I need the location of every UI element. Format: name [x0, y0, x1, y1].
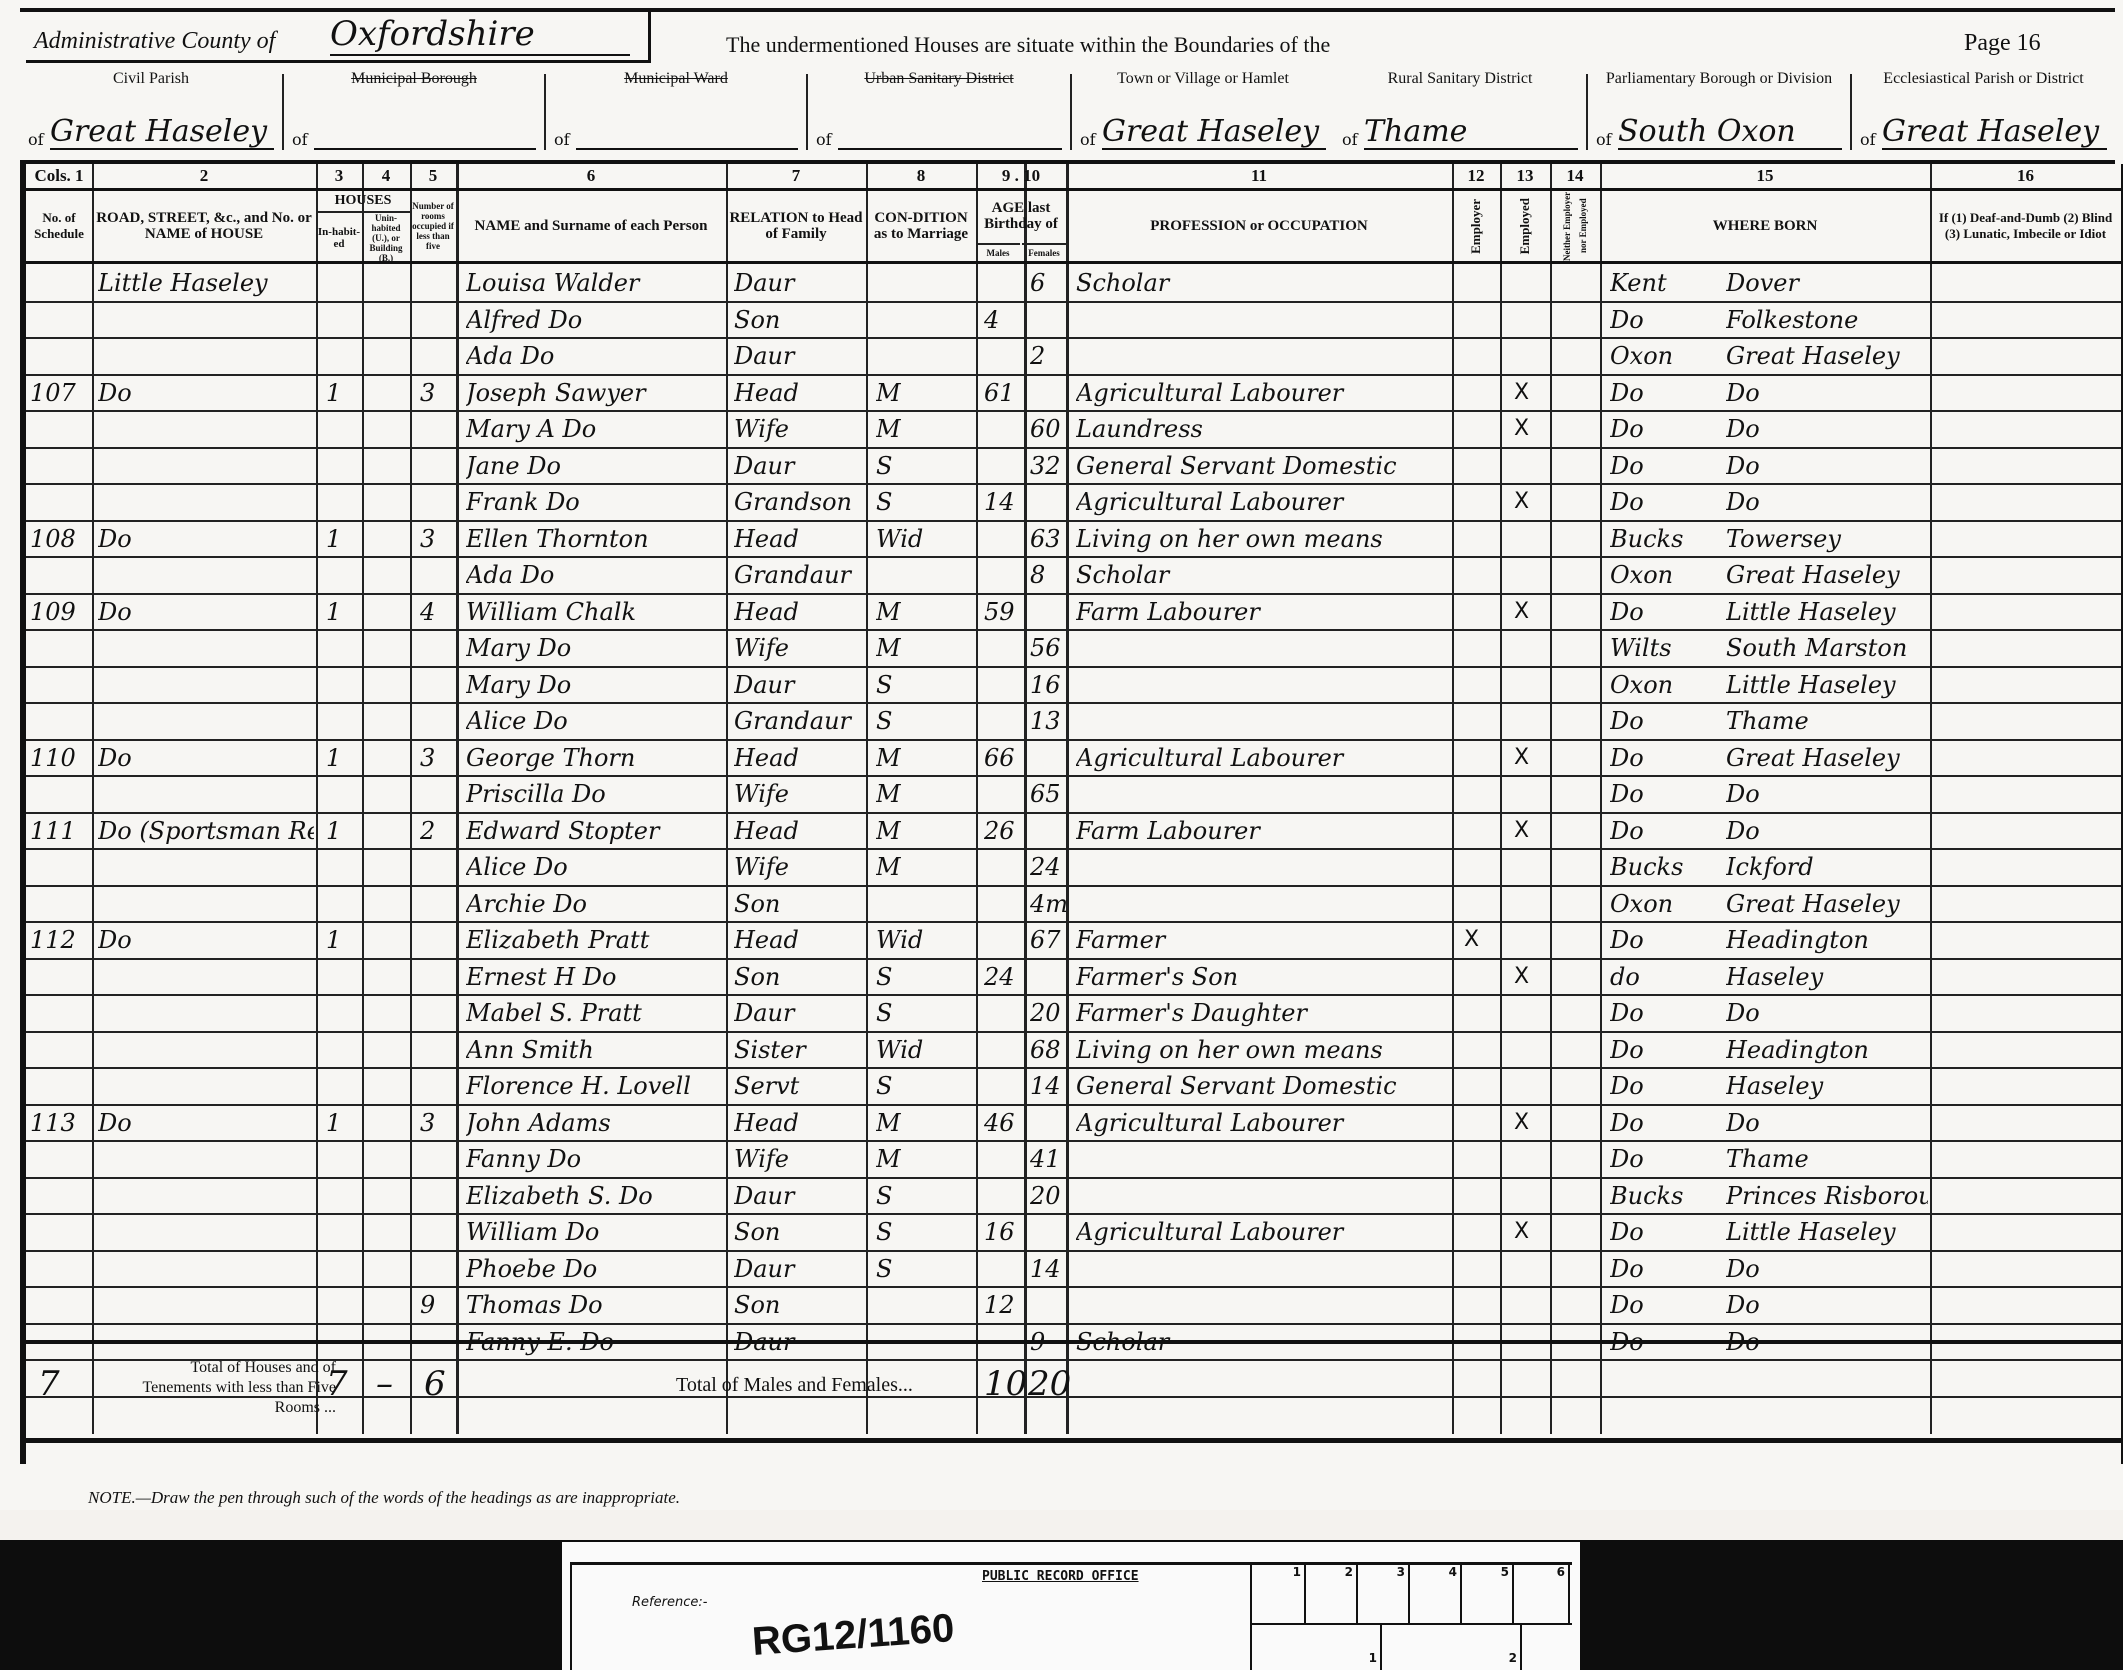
- table-row: 109Do14William ChalkHeadM59Farm Labourer…: [26, 593, 2121, 632]
- cell-neither: [1562, 775, 1598, 812]
- cell-neither: [1562, 666, 1598, 703]
- cell-relation: Son: [734, 958, 864, 995]
- cell-relation: Grandson: [734, 483, 864, 520]
- cell-relation: Son: [734, 301, 864, 338]
- cell-name: George Thorn: [466, 739, 724, 776]
- cell-female: [1030, 1213, 1066, 1250]
- cell-condition: [876, 337, 974, 374]
- cell-rooms: [420, 994, 454, 1031]
- cell-condition: S: [876, 1250, 974, 1287]
- district-civil-parish: Civil Parish of Great Haseley: [20, 62, 282, 160]
- cell-occupation: [1076, 629, 1450, 666]
- cell-born-county: Do: [1610, 374, 1720, 411]
- cell-address: Do: [98, 1104, 314, 1141]
- cell-relation: Grandaur: [734, 556, 864, 593]
- cell-male: [984, 921, 1024, 958]
- cell-male: [984, 885, 1024, 922]
- cell-employer: [1464, 994, 1498, 1031]
- census-sheet: Administrative County of Oxfordshire The…: [0, 0, 2123, 1510]
- cell-name: Joseph Sawyer: [466, 374, 724, 411]
- table-row: 110Do13George ThornHeadM66Agricultural L…: [26, 739, 2121, 778]
- cell-address: [98, 1031, 314, 1068]
- cell-schedule: [30, 1177, 90, 1214]
- cell-relation: Son: [734, 1286, 864, 1323]
- cell-female: [1030, 812, 1066, 849]
- cell-born-place: Little Haseley: [1726, 593, 1928, 630]
- cell-employed: X: [1514, 483, 1548, 520]
- cell-schedule: [30, 1286, 90, 1323]
- cell-condition: Wid: [876, 921, 974, 958]
- table-row: 113Do13John AdamsHeadM46Agricultural Lab…: [26, 1104, 2121, 1143]
- cell-born-county: Do: [1610, 483, 1720, 520]
- cell-male: [984, 1067, 1024, 1104]
- cell-born-place: Thame: [1726, 1140, 1928, 1177]
- cell-born-place: Folkestone: [1726, 301, 1928, 338]
- cell-occupation: Living on her own means: [1076, 520, 1450, 557]
- cell-male: 4: [984, 301, 1024, 338]
- cell-address: Do: [98, 520, 314, 557]
- cell-female: 6: [1030, 264, 1066, 301]
- cell-address: Do: [98, 739, 314, 776]
- cell-employer: X: [1464, 921, 1498, 958]
- cell-schedule: 108: [30, 520, 90, 557]
- cell-schedule: [30, 885, 90, 922]
- cell-employer: [1464, 885, 1498, 922]
- cell-inhab: [326, 264, 356, 301]
- cell-male: 24: [984, 958, 1024, 995]
- cell-born-county: Do: [1610, 447, 1720, 484]
- cell-inhab: 1: [326, 739, 356, 776]
- cell-employed: [1514, 1177, 1548, 1214]
- table-row: Mary A DoWifeM60LaundressXDoDo: [26, 410, 2121, 449]
- reference-grid: 1 2 3 4 5 6 1 2: [1250, 1565, 1572, 1670]
- table-row: Ann SmithSisterWid68Living on her own me…: [26, 1031, 2121, 1070]
- cell-rooms: [420, 958, 454, 995]
- cell-employed: [1514, 885, 1548, 922]
- table-row: 9Thomas DoSon12DoDo: [26, 1286, 2121, 1325]
- district-urban-sanitary: Urban Sanitary District of: [808, 62, 1070, 160]
- cell-condition: [876, 556, 974, 593]
- cell-inhab: [326, 337, 356, 374]
- page-title: The undermentioned Houses are situate wi…: [726, 32, 1330, 58]
- reference-card: PUBLIC RECORD OFFICE Reference:- RG12/11…: [562, 1542, 1580, 1670]
- cell-neither: [1562, 264, 1598, 301]
- cell-male: 59: [984, 593, 1024, 630]
- cell-female: 13: [1030, 702, 1066, 739]
- cell-address: [98, 702, 314, 739]
- cell-condition: M: [876, 593, 974, 630]
- cell-condition: S: [876, 958, 974, 995]
- cell-neither: [1562, 1104, 1598, 1141]
- cell-male: [984, 666, 1024, 703]
- cell-born-place: Do: [1726, 775, 1928, 812]
- cell-address: [98, 447, 314, 484]
- cell-condition: S: [876, 1067, 974, 1104]
- cell-address: [98, 410, 314, 447]
- cell-condition: [876, 1286, 974, 1323]
- cell-born-county: Bucks: [1610, 520, 1720, 557]
- cell-relation: Daur: [734, 666, 864, 703]
- cell-condition: M: [876, 1104, 974, 1141]
- cell-born-place: Haseley: [1726, 1067, 1928, 1104]
- cell-relation: Wife: [734, 848, 864, 885]
- cell-employed: [1514, 702, 1548, 739]
- office-label: PUBLIC RECORD OFFICE: [982, 1569, 1139, 1584]
- cell-born-place: Great Haseley: [1726, 556, 1928, 593]
- cell-employer: [1464, 775, 1498, 812]
- cell-male: [984, 994, 1024, 1031]
- cell-schedule: [30, 1250, 90, 1287]
- cell-female: 2: [1030, 337, 1066, 374]
- cell-rooms: [420, 483, 454, 520]
- cell-relation: Servt: [734, 1067, 864, 1104]
- cell-employer: [1464, 520, 1498, 557]
- table-row: 111Do (Sportsman Retreat)12Edward Stopte…: [26, 812, 2121, 851]
- reference-value: RG12/1160: [751, 1606, 956, 1665]
- cell-relation: Head: [734, 812, 864, 849]
- cell-address: [98, 1286, 314, 1323]
- cell-neither: [1562, 301, 1598, 338]
- cell-name: Elizabeth S. Do: [466, 1177, 724, 1214]
- cell-address: [98, 775, 314, 812]
- district-municipal-borough: Municipal Borough of: [284, 62, 544, 160]
- cell-occupation: Agricultural Labourer: [1076, 483, 1450, 520]
- cell-address: Do: [98, 374, 314, 411]
- table-row: Florence H. LovellServtS14General Servan…: [26, 1067, 2121, 1106]
- cell-employed: [1514, 337, 1548, 374]
- cell-rooms: [420, 921, 454, 958]
- cell-occupation: [1076, 337, 1450, 374]
- cell-inhab: [326, 301, 356, 338]
- cell-born-county: Do: [1610, 301, 1720, 338]
- cell-name: Phoebe Do: [466, 1250, 724, 1287]
- cell-inhab: 1: [326, 812, 356, 849]
- cell-female: 60: [1030, 410, 1066, 447]
- cell-schedule: [30, 848, 90, 885]
- cell-employer: [1464, 337, 1498, 374]
- cell-relation: Daur: [734, 1177, 864, 1214]
- cell-neither: [1562, 520, 1598, 557]
- cell-name: Ellen Thornton: [466, 520, 724, 557]
- cell-schedule: [30, 447, 90, 484]
- cell-inhab: [326, 410, 356, 447]
- cell-address: [98, 1067, 314, 1104]
- cell-female: 67: [1030, 921, 1066, 958]
- table-row: Jane DoDaurS32General Servant DomesticDo…: [26, 447, 2121, 486]
- cell-occupation: [1076, 301, 1450, 338]
- cell-inhab: [326, 848, 356, 885]
- cell-rooms: [420, 775, 454, 812]
- cell-schedule: 113: [30, 1104, 90, 1141]
- cell-inhab: [326, 1286, 356, 1323]
- total-males: 10: [984, 1364, 1027, 1404]
- cell-neither: [1562, 885, 1598, 922]
- cell-female: 14: [1030, 1250, 1066, 1287]
- cell-relation: Daur: [734, 337, 864, 374]
- cell-female: [1030, 1286, 1066, 1323]
- cell-male: 14: [984, 483, 1024, 520]
- cell-born-county: Do: [1610, 739, 1720, 776]
- cell-born-place: Haseley: [1726, 958, 1928, 995]
- cell-inhab: [326, 1177, 356, 1214]
- cell-female: [1030, 593, 1066, 630]
- cell-neither: [1562, 1177, 1598, 1214]
- cell-born-place: Great Haseley: [1726, 337, 1928, 374]
- cell-rooms: [420, 629, 454, 666]
- cell-born-place: Dover: [1726, 264, 1928, 301]
- cell-employed: X: [1514, 374, 1548, 411]
- cell-rooms: [420, 1031, 454, 1068]
- district-rural-sanitary: Rural Sanitary District of Thame: [1334, 62, 1586, 160]
- table-row: Ada DoDaur2OxonGreat Haseley: [26, 337, 2121, 376]
- cell-rooms: [420, 1250, 454, 1287]
- houses-total-label: Total of Houses and of Tenements with le…: [126, 1358, 336, 1418]
- district-parliamentary: Parliamentary Borough or Division of Sou…: [1588, 62, 1850, 160]
- cell-address: [98, 483, 314, 520]
- cell-name: Ada Do: [466, 556, 724, 593]
- cell-address: [98, 556, 314, 593]
- cell-inhab: 1: [326, 1104, 356, 1141]
- column-numbers: Cols. 1 2 3 4 5 6 7 8 9 . 10 11 12 13 14…: [26, 164, 2121, 191]
- cell-male: 26: [984, 812, 1024, 849]
- cell-address: [98, 958, 314, 995]
- county-label: Administrative County of: [34, 28, 275, 55]
- cell-neither: [1562, 702, 1598, 739]
- cell-address: Do: [98, 593, 314, 630]
- cell-inhab: [326, 556, 356, 593]
- cell-rooms: [420, 1140, 454, 1177]
- cell-relation: Wife: [734, 629, 864, 666]
- cell-neither: [1562, 1031, 1598, 1068]
- cell-male: 46: [984, 1104, 1024, 1141]
- cell-employed: [1514, 775, 1548, 812]
- cell-employed: [1514, 1286, 1548, 1323]
- cell-rooms: 3: [420, 1104, 454, 1141]
- cell-rooms: [420, 702, 454, 739]
- table-row: Elizabeth S. DoDaurS20BucksPrinces Risbo…: [26, 1177, 2121, 1216]
- cell-condition: Wid: [876, 520, 974, 557]
- cell-employed: [1514, 629, 1548, 666]
- cell-employed: [1514, 1140, 1548, 1177]
- cell-relation: Head: [734, 1104, 864, 1141]
- cell-name: Frank Do: [466, 483, 724, 520]
- cell-female: 8: [1030, 556, 1066, 593]
- cell-rooms: 2: [420, 812, 454, 849]
- cell-born-place: Do: [1726, 1104, 1928, 1141]
- cell-rooms: [420, 264, 454, 301]
- cell-name: Alice Do: [466, 848, 724, 885]
- cell-inhab: [326, 702, 356, 739]
- cell-female: 32: [1030, 447, 1066, 484]
- cell-name: Archie Do: [466, 885, 724, 922]
- cell-name: Ann Smith: [466, 1031, 724, 1068]
- cell-neither: [1562, 483, 1598, 520]
- cell-inhab: [326, 958, 356, 995]
- cell-relation: Head: [734, 520, 864, 557]
- cell-male: [984, 337, 1024, 374]
- cell-rooms: 3: [420, 520, 454, 557]
- cell-relation: Head: [734, 921, 864, 958]
- cell-male: 16: [984, 1213, 1024, 1250]
- cell-schedule: [30, 958, 90, 995]
- cell-condition: S: [876, 666, 974, 703]
- cell-female: 16: [1030, 666, 1066, 703]
- table-row: Ada DoGrandaur8ScholarOxonGreat Haseley: [26, 556, 2121, 595]
- cell-name: Mabel S. Pratt: [466, 994, 724, 1031]
- cell-male: [984, 1031, 1024, 1068]
- cell-neither: [1562, 994, 1598, 1031]
- cell-born-place: Do: [1726, 1286, 1928, 1323]
- cell-occupation: [1076, 702, 1450, 739]
- cell-employer: [1464, 812, 1498, 849]
- cell-relation: Wife: [734, 410, 864, 447]
- cell-employer: [1464, 593, 1498, 630]
- cell-male: [984, 1140, 1024, 1177]
- cell-name: Mary A Do: [466, 410, 724, 447]
- district-ecclesiastical: Ecclesiastical Parish or District of Gre…: [1852, 62, 2115, 160]
- cell-female: 20: [1030, 994, 1066, 1031]
- cell-rooms: [420, 1213, 454, 1250]
- cell-condition: M: [876, 374, 974, 411]
- cell-occupation: Scholar: [1076, 556, 1450, 593]
- cell-female: [1030, 483, 1066, 520]
- cell-occupation: Farmer's Daughter: [1076, 994, 1450, 1031]
- cell-rooms: [420, 410, 454, 447]
- cell-inhab: 1: [326, 921, 356, 958]
- cell-born-county: Oxon: [1610, 885, 1720, 922]
- cell-schedule: [30, 702, 90, 739]
- cell-occupation: General Servant Domestic: [1076, 447, 1450, 484]
- cell-neither: [1562, 593, 1598, 630]
- cell-schedule: [30, 1031, 90, 1068]
- cell-neither: [1562, 1250, 1598, 1287]
- cell-occupation: Farmer's Son: [1076, 958, 1450, 995]
- cell-inhab: [326, 1213, 356, 1250]
- cell-occupation: Laundress: [1076, 410, 1450, 447]
- cell-address: [98, 301, 314, 338]
- cell-born-place: Little Haseley: [1726, 666, 1928, 703]
- cell-rooms: [420, 848, 454, 885]
- cell-female: 56: [1030, 629, 1066, 666]
- district-village: Town or Village or Hamlet of Great Hasel…: [1072, 62, 1334, 160]
- cell-born-place: Do: [1726, 1250, 1928, 1287]
- cell-female: 65: [1030, 775, 1066, 812]
- cell-employer: [1464, 1213, 1498, 1250]
- cell-schedule: [30, 629, 90, 666]
- cell-name: Thomas Do: [466, 1286, 724, 1323]
- cell-born-county: do: [1610, 958, 1720, 995]
- cell-employed: [1514, 1250, 1548, 1287]
- cell-schedule: [30, 337, 90, 374]
- cell-schedule: [30, 994, 90, 1031]
- cell-occupation: [1076, 1177, 1450, 1214]
- cell-neither: [1562, 1140, 1598, 1177]
- cell-female: [1030, 739, 1066, 776]
- cell-schedule: [30, 1067, 90, 1104]
- civil-parish-value: Great Haseley: [50, 114, 274, 150]
- cell-name: Priscilla Do: [466, 775, 724, 812]
- cell-neither: [1562, 410, 1598, 447]
- cell-born-county: Do: [1610, 1250, 1720, 1287]
- cell-born-place: Do: [1726, 410, 1928, 447]
- cell-rooms: 4: [420, 593, 454, 630]
- cell-employer: [1464, 264, 1498, 301]
- cell-condition: S: [876, 447, 974, 484]
- cell-female: 14: [1030, 1067, 1066, 1104]
- cell-occupation: [1076, 885, 1450, 922]
- total-rooms: 6: [424, 1364, 446, 1404]
- cell-employer: [1464, 483, 1498, 520]
- table-row: Mabel S. PrattDaurS20Farmer's DaughterDo…: [26, 994, 2121, 1033]
- cell-rooms: [420, 447, 454, 484]
- cell-employer: [1464, 848, 1498, 885]
- cell-employer: [1464, 447, 1498, 484]
- cell-condition: Wid: [876, 1031, 974, 1068]
- cell-inhab: [326, 483, 356, 520]
- cell-neither: [1562, 629, 1598, 666]
- cell-occupation: [1076, 666, 1450, 703]
- cell-born-place: Do: [1726, 374, 1928, 411]
- cell-address: [98, 994, 314, 1031]
- cell-employed: X: [1514, 593, 1548, 630]
- cell-address: [98, 629, 314, 666]
- cell-female: [1030, 1104, 1066, 1141]
- table-row: William DoSonS16Agricultural LabourerXDo…: [26, 1213, 2121, 1252]
- reference-label: Reference:-: [632, 1595, 707, 1610]
- cell-name: John Adams: [466, 1104, 724, 1141]
- cell-born-county: Oxon: [1610, 556, 1720, 593]
- cell-employed: X: [1514, 739, 1548, 776]
- cell-schedule: [30, 666, 90, 703]
- rural-sanitary-value: Thame: [1364, 114, 1578, 150]
- cell-inhab: [326, 629, 356, 666]
- cell-employed: [1514, 1031, 1548, 1068]
- cell-inhab: 1: [326, 593, 356, 630]
- cell-employed: X: [1514, 1213, 1548, 1250]
- cell-female: [1030, 958, 1066, 995]
- cell-born-place: Headington: [1726, 1031, 1928, 1068]
- cell-employer: [1464, 629, 1498, 666]
- cell-male: [984, 264, 1024, 301]
- cell-occupation: Agricultural Labourer: [1076, 1213, 1450, 1250]
- table-row: Priscilla DoWifeM65DoDo: [26, 775, 2121, 814]
- cell-employer: [1464, 666, 1498, 703]
- cell-inhab: [326, 775, 356, 812]
- cell-name: Ada Do: [466, 337, 724, 374]
- cell-address: [98, 1140, 314, 1177]
- cell-employed: [1514, 921, 1548, 958]
- cell-occupation: Agricultural Labourer: [1076, 1104, 1450, 1141]
- cell-occupation: Agricultural Labourer: [1076, 739, 1450, 776]
- cell-neither: [1562, 1286, 1598, 1323]
- district-row: Civil Parish of Great Haseley Municipal …: [20, 62, 2115, 164]
- cell-name: Jane Do: [466, 447, 724, 484]
- cell-employer: [1464, 1286, 1498, 1323]
- cell-male: [984, 1177, 1024, 1214]
- cell-occupation: General Servant Domestic: [1076, 1067, 1450, 1104]
- cell-condition: M: [876, 812, 974, 849]
- cell-female: 63: [1030, 520, 1066, 557]
- cell-condition: M: [876, 739, 974, 776]
- cell-born-place: Thame: [1726, 702, 1928, 739]
- cell-schedule: 110: [30, 739, 90, 776]
- footer-note: NOTE.—Draw the pen through such of the w…: [88, 1488, 680, 1508]
- cell-schedule: [30, 301, 90, 338]
- cell-inhab: [326, 885, 356, 922]
- cell-born-place: Towersey: [1726, 520, 1928, 557]
- cell-born-county: Do: [1610, 1104, 1720, 1141]
- cell-name: Fanny Do: [466, 1140, 724, 1177]
